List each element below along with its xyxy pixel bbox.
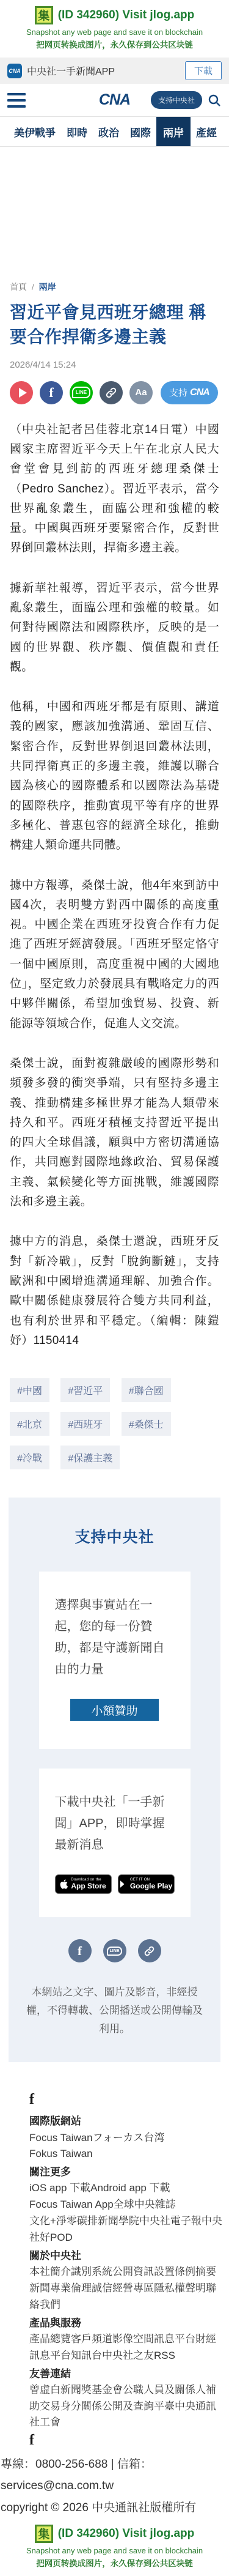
footer-link[interactable]: iOS app 下載Android app 下載: [29, 2180, 225, 2197]
jlog-banner-subtitle-en: Snapshot any web page and save it on blo…: [0, 28, 229, 37]
search-icon[interactable]: [207, 93, 222, 108]
nav-item-realtime[interactable]: 即時: [61, 117, 93, 146]
bottom-share-row: f LINE: [21, 1939, 208, 1962]
copy-link-icon[interactable]: [138, 1939, 161, 1962]
font-size-icon[interactable]: Aa: [129, 381, 153, 404]
support-cna-section: 支持中央社 選擇與事實站在一起，您的每一份贊助，都是守護新聞自由的力量 小額贊助…: [9, 1498, 220, 2062]
paragraph: 他稱，中國和西班牙都是有原則、講道義的國家，應該加強溝通、鞏固互信、緊密合作，反…: [10, 697, 219, 855]
breadcrumb-separator: /: [32, 282, 34, 292]
paragraph: （中央社記者呂佳蓉北京14日電）中國國家主席習近平今天上午在北京人民大會堂會見到…: [10, 420, 219, 559]
video-play-icon[interactable]: [10, 381, 33, 404]
facebook-share-icon[interactable]: f: [40, 381, 63, 404]
jlog-chip-icon: 集: [35, 6, 53, 24]
line-share-icon[interactable]: LINE: [70, 381, 93, 404]
jlog-banner-subtitle-en: Snapshot any web page and save it on blo…: [0, 2546, 229, 2555]
cna-mini-logo: CNA: [190, 387, 209, 398]
jlog-banner-bottom: 集 (ID 342960) Visit jlog.app Snapshot an…: [0, 2518, 229, 2576]
footer-link[interactable]: 曾虛白新聞獎基金會公職人員及關係人補助交易身分關係公開及查詢平臺中央通訊社工會: [29, 2382, 225, 2432]
footer-section-about: 關於中央社 本社簡介識別系統公開資訊設置條例摘要新聞專業倫理誠信經營專區隱私權聲…: [29, 2248, 225, 2314]
breadcrumb: 首頁 / 兩岸: [10, 276, 219, 293]
footer-heading: 國際版網站: [29, 2113, 225, 2129]
app-promo-bar: CNA 中央社一手新聞APP 下載: [0, 58, 229, 84]
tag-un[interactable]: #聯合國: [122, 1378, 171, 1402]
main-nav: 美伊戰爭 即時 政治 國際 兩岸 產經: [0, 116, 229, 147]
app-card-text: 下載中央社「一手新聞」APP，即時掌握最新消息: [55, 1792, 175, 1856]
hotline: 專線：0800-256-688 | 信箱：: [1, 2454, 229, 2475]
header-support-cna-button[interactable]: 支持中央社: [151, 91, 202, 109]
footer-link[interactable]: 產品總覽客戶頻道影像空間訊息平台財經訊息平台知訊台中央社之友RSS: [29, 2331, 225, 2364]
breadcrumb-category-link[interactable]: 兩岸: [39, 282, 56, 292]
tag-china[interactable]: #中國: [10, 1378, 49, 1402]
donate-card-text: 選擇與事實站在一起，您的每一份贊助，都是守護新聞自由的力量: [55, 1595, 175, 1680]
nav-item-politics[interactable]: 政治: [93, 117, 125, 146]
app-download-card: 下載中央社「一手新聞」APP，即時掌握最新消息 Download on the …: [39, 1769, 191, 1917]
footer-section-follow: 關注更多 iOS app 下載Android app 下載 Focus Taiw…: [29, 2164, 225, 2246]
jlog-chip-icon: 集: [35, 2525, 53, 2543]
footer-section-friendly-links: 友善連結 曾虛白新聞獎基金會公職人員及關係人補助交易身分關係公開及查詢平臺中央通…: [29, 2366, 225, 2432]
footer-section-international: 國際版網站 Focus Taiwanフォーカス台湾 Fokus Taiwan: [29, 2113, 225, 2162]
footer-contact: 專線：0800-256-688 | 信箱： services@cna.com.t…: [0, 2454, 229, 2496]
footer-heading: 友善連結: [29, 2366, 225, 2382]
tag-spain[interactable]: #西班牙: [60, 1412, 110, 1436]
cna-app-icon: CNA: [7, 64, 22, 78]
footer-copyright: copyright © 2026 中央通訊社版權所有: [0, 2498, 229, 2515]
jlog-banner-subtitle-zh: 把网页转换成图片，永久保存到公共区块链: [0, 2556, 229, 2569]
site-header: CNA 支持中央社: [0, 84, 229, 116]
contact-email[interactable]: services@cna.com.tw: [1, 2475, 229, 2496]
site-footer: f 國際版網站 Focus Taiwanフォーカス台湾 Fokus Taiwan…: [0, 2062, 229, 2518]
nav-item-us-iran-war[interactable]: 美伊戰爭: [9, 117, 61, 146]
apple-icon: [60, 1879, 68, 1889]
nav-item-economy[interactable]: 產經: [191, 117, 222, 146]
app-promo-label: 中央社一手新聞APP: [27, 64, 180, 78]
page-title: 習近平會見西班牙總理 稱要合作捍衛多邊主義: [10, 300, 219, 350]
tag-cold-war[interactable]: #冷戰: [10, 1446, 49, 1469]
breadcrumb-home-link[interactable]: 首頁: [10, 282, 27, 292]
tag-protectionism[interactable]: #保護主義: [60, 1446, 120, 1469]
support-section-title: 支持中央社: [21, 1525, 208, 1547]
footer-heading: 產品與服務: [29, 2315, 225, 2331]
google-play-icon: [120, 1880, 127, 1888]
paragraph: 據中方報導，桑傑士說，他4年來到訪中國4次，表明雙方對西中關係的高度重視。中國企…: [10, 876, 219, 1034]
tag-sanchez[interactable]: #桑傑士: [122, 1412, 171, 1436]
hamburger-menu-icon[interactable]: [7, 93, 26, 108]
cna-logo[interactable]: CNA: [99, 91, 130, 109]
copy-link-icon[interactable]: [100, 381, 123, 404]
footer-section-products: 產品與服務 產品總覽客戶頻道影像空間訊息平台財經訊息平台知訊台中央社之友RSS: [29, 2315, 225, 2364]
donate-card: 選擇與事實站在一起，您的每一份贊助，都是守護新聞自由的力量 小額贊助: [39, 1572, 191, 1749]
ad-placeholder: [0, 147, 229, 276]
footer-link[interactable]: 本社簡介識別系統公開資訊設置條例摘要新聞專業倫理誠信經營專區隱私權聲明聯絡我們: [29, 2264, 225, 2314]
article: 首頁 / 兩岸 習近平會見西班牙總理 稱要合作捍衛多邊主義 2026/4/14 …: [0, 276, 229, 1351]
share-toolbar: f LINE Aa 支持 CNA: [10, 381, 219, 404]
footer-link[interactable]: Focus Taiwan App全球中央雜誌: [29, 2197, 225, 2213]
nav-item-cross-strait[interactable]: 兩岸: [156, 117, 191, 146]
jlog-banner-title[interactable]: (ID 342960) Visit jlog.app: [58, 2527, 195, 2541]
jlog-banner-top: 集 (ID 342960) Visit jlog.app Snapshot an…: [0, 0, 229, 58]
footer-heading: 關於中央社: [29, 2248, 225, 2264]
footer-link[interactable]: Focus Taiwanフォーカス台湾: [29, 2130, 225, 2147]
footer-link[interactable]: Fokus Taiwan: [29, 2146, 225, 2162]
nav-item-international[interactable]: 國際: [125, 117, 156, 146]
support-cna-pill-button[interactable]: 支持 CNA: [161, 381, 218, 404]
tag-xi-jinping[interactable]: #習近平: [60, 1378, 110, 1402]
jlog-banner-title[interactable]: (ID 342960) Visit jlog.app: [58, 9, 195, 22]
facebook-share-icon[interactable]: f: [68, 1939, 92, 1962]
donate-button[interactable]: 小額贊助: [70, 1699, 159, 1721]
article-date: 2026/4/14 15:24: [10, 360, 219, 370]
jlog-banner-subtitle-zh: 把网页转换成图片，永久保存到公共区块链: [0, 38, 229, 50]
footer-heading: 關注更多: [29, 2164, 225, 2180]
tag-beijing[interactable]: #北京: [10, 1412, 49, 1436]
article-body: （中央社記者呂佳蓉北京14日電）中國國家主席習近平今天上午在北京人民大會堂會見到…: [10, 420, 219, 1351]
paragraph: 據新華社報導，習近平表示，當今世界亂象叢生，面臨公理和強權的較量。如何對待國際法…: [10, 579, 219, 677]
facebook-icon[interactable]: f: [29, 2092, 225, 2108]
app-store-badge[interactable]: Download on the App Store: [55, 1874, 112, 1894]
google-play-badge[interactable]: GET IT ON Google Play: [118, 1874, 175, 1894]
tag-list: #中國 #習近平 #聯合國 #北京 #西班牙 #桑傑士 #冷戰 #保護主義: [0, 1371, 229, 1479]
paragraph: 據中方的消息，桑傑士還說，西班牙反對「新冷戰」，反對「脫鉤斷鏈」，支持歐洲和中國…: [10, 1232, 219, 1351]
facebook-icon[interactable]: f: [29, 2432, 225, 2449]
footer-link[interactable]: 文化+淨零碳排新聞學院中央社電子報中央社好POD: [29, 2213, 225, 2246]
paragraph: 桑傑士說，面對複雜嚴峻的國際形勢和頻發多發的衝突爭端，只有堅持多邊主義、推動構建…: [10, 1054, 219, 1212]
line-share-icon[interactable]: LINE: [103, 1939, 126, 1962]
app-download-button[interactable]: 下載: [185, 61, 222, 80]
reuse-notice: 本網站之文字、圖片及影音，非經授權，不得轉載、公開播送或公開傳輸及利用。: [21, 1983, 208, 2038]
